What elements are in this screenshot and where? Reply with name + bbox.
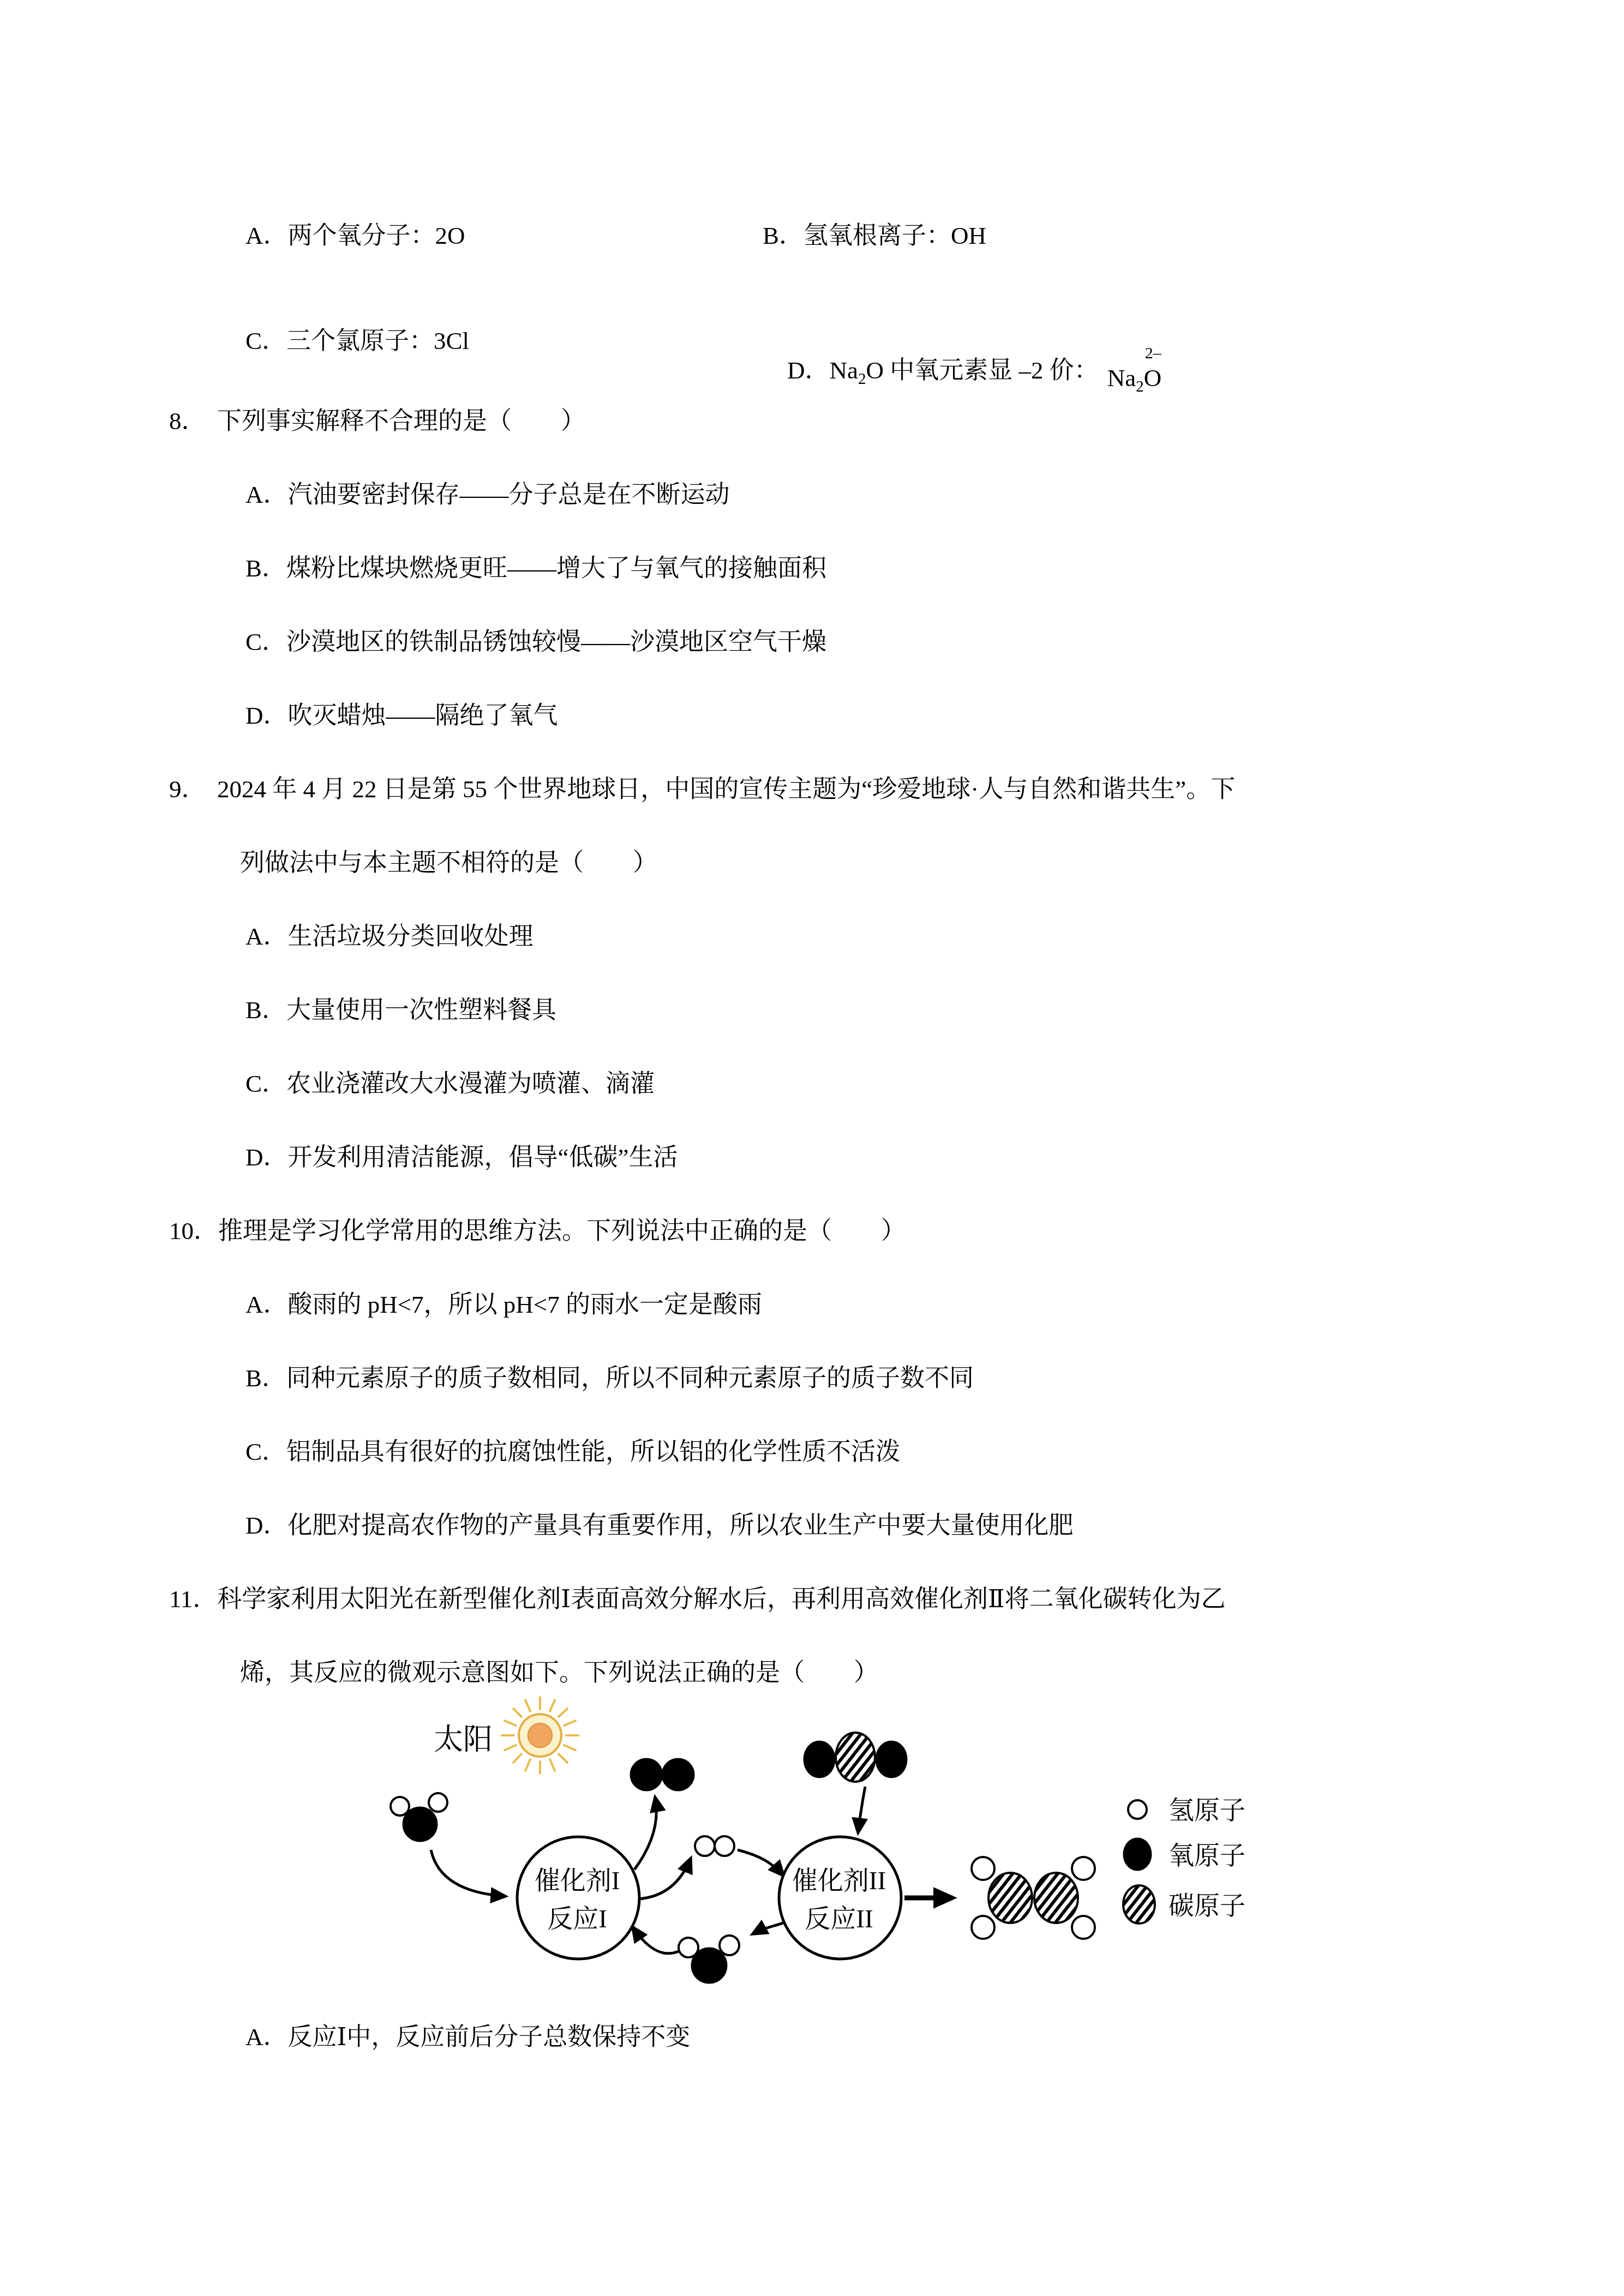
sun-label: 太阳 xyxy=(434,1723,493,1756)
reaction-diagram: 太阳 催化剂I 反应I 催化剂II 反应II xyxy=(355,1693,1342,2021)
q9-stem-line2: 列做法中与本主题不相符的是（ ） xyxy=(240,848,657,877)
q8-stem-text: 下列事实解释不合理的是（ ） xyxy=(217,407,585,435)
q8-stem: 8．下列事实解释不合理的是（ ） xyxy=(169,406,585,436)
q7-option-d-prefix: D．Na xyxy=(787,357,858,384)
arrow-water-to-reaction1 xyxy=(431,1850,505,1896)
q8-option-b: B．煤粉比煤块燃烧更旺——增大了与氧气的接触面积 xyxy=(245,554,826,583)
na2o-valence-formula: Na2O2– xyxy=(1107,363,1161,393)
catalyst2-label: 催化剂II xyxy=(792,1867,886,1895)
q7-option-c: C．三个氯原子：3Cl xyxy=(245,326,469,356)
q7-option-d-mid: O 中氧元素显 –2 价： xyxy=(866,357,1098,384)
arrow-water-to-reaction1-return xyxy=(633,1927,679,1954)
q11-stem-text1: 科学家利用太阳光在新型催化剂Ⅰ表面高效分解水后，再利用高效催化剂Ⅱ将二氧化碳转化… xyxy=(217,1585,1225,1613)
q7-option-d-subscript: 2 xyxy=(858,370,866,388)
q9-option-c: C．农业浇灌改大水漫灌为喷灌、滴灌 xyxy=(245,1069,655,1098)
legend-hydrogen-icon xyxy=(1128,1800,1147,1819)
hydrogen-molecule xyxy=(695,1836,734,1856)
formula-charge-label: 2– xyxy=(1145,344,1161,363)
q7-option-d: D．Na2O 中氧元素显 –2 价：Na2O2– xyxy=(763,326,1161,414)
exam-page: A．两个氧分子：2O B．氢氧根离子：OH C．三个氯原子：3Cl D．Na2O… xyxy=(0,0,1624,2296)
sun-disc xyxy=(528,1723,552,1747)
formula-o: O xyxy=(1144,364,1162,392)
q10-number: 10． xyxy=(169,1216,218,1246)
arrow-reaction1-to-oxygen xyxy=(634,1798,656,1870)
q8-number: 8． xyxy=(169,406,217,436)
q10-option-c: C．铝制品具有很好的抗腐蚀性能，所以铝的化学性质不活泼 xyxy=(245,1437,900,1466)
q9-stem-text1: 2024 年 4 月 22 日是第 55 个世界地球日，中国的宣传主题为“珍爱地… xyxy=(217,776,1235,803)
q10-option-a: A．酸雨的 pH<7，所以 pH<7 的雨水一定是酸雨 xyxy=(245,1290,762,1319)
diagram-legend: 氢原子 氧原子 碳原子 xyxy=(1123,1796,1245,1924)
arrow-co2-to-reaction2 xyxy=(858,1787,865,1832)
legend-carbon-icon xyxy=(1123,1885,1155,1924)
q8-option-c: C．沙漠地区的铁制品锈蚀较慢——沙漠地区空气干燥 xyxy=(245,627,826,657)
q11-stem-line1: 11．科学家利用太阳光在新型催化剂Ⅰ表面高效分解水后，再利用高效催化剂Ⅱ将二氧化… xyxy=(169,1584,1226,1614)
catalyst1-label: 催化剂I xyxy=(535,1867,620,1895)
sun-icon xyxy=(502,1697,578,1774)
reaction2-circle xyxy=(779,1837,901,1959)
carbon-dioxide-molecule xyxy=(804,1733,907,1782)
q9-option-d: D．开发利用清洁能源，倡导“低碳”生活 xyxy=(245,1143,678,1172)
q11-number: 11． xyxy=(169,1584,217,1614)
reaction1-label: 反应I xyxy=(547,1905,607,1933)
legend-oxygen-icon xyxy=(1124,1838,1151,1870)
reaction1-circle xyxy=(517,1837,639,1959)
q7-option-b: B．氢氧根离子：OH xyxy=(763,221,986,250)
arrow-reaction1-to-hydrogen xyxy=(638,1859,691,1899)
q8-option-a: A．汽油要密封保存——分子总是在不断运动 xyxy=(245,480,730,509)
arrow-hydrogen-to-reaction2 xyxy=(738,1850,783,1876)
q10-stem-text: 推理是学习化学常用的思维方法。下列说法中正确的是（ ） xyxy=(218,1217,906,1245)
q9-option-a: A．生活垃圾分类回收处理 xyxy=(245,922,534,951)
q10-stem: 10．推理是学习化学常用的思维方法。下列说法中正确的是（ ） xyxy=(169,1216,906,1246)
legend-carbon-label: 碳原子 xyxy=(1168,1892,1245,1920)
q8-option-d: D．吹灭蜡烛——隔绝了氧气 xyxy=(245,701,558,730)
water-molecule-top xyxy=(391,1793,447,1841)
q9-stem-line1: 9．2024 年 4 月 22 日是第 55 个世界地球日，中国的宣传主题为“珍… xyxy=(169,774,1235,804)
formula-sub2: 2 xyxy=(1136,378,1144,395)
q9-number: 9． xyxy=(169,774,217,804)
water-molecule-bottom xyxy=(679,1936,739,1983)
q11-stem-line2: 烯，其反应的微观示意图如下。下列说法正确的是（ ） xyxy=(240,1658,878,1687)
q9-option-b: B．大量使用一次性塑料餐具 xyxy=(245,995,556,1025)
legend-oxygen-label: 氧原子 xyxy=(1168,1842,1245,1870)
q7-option-a: A．两个氧分子：2O xyxy=(245,221,465,250)
q10-option-b: B．同种元素原子的质子数相同，所以不同种元素原子的质子数不同 xyxy=(245,1363,974,1393)
ethylene-molecule xyxy=(972,1857,1095,1939)
oxygen-molecule xyxy=(631,1759,694,1790)
formula-na: Na xyxy=(1107,364,1136,392)
legend-hydrogen-label: 氢原子 xyxy=(1168,1796,1245,1825)
formula-o-stack: O2– xyxy=(1144,363,1162,393)
reaction2-label: 反应II xyxy=(805,1905,873,1933)
q10-option-d: D．化肥对提高农作物的产量具有重要作用，所以农业生产中要大量使用化肥 xyxy=(245,1511,1074,1540)
q11-option-a: A．反应Ⅰ中，反应前后分子总数保持不变 xyxy=(245,2022,690,2052)
